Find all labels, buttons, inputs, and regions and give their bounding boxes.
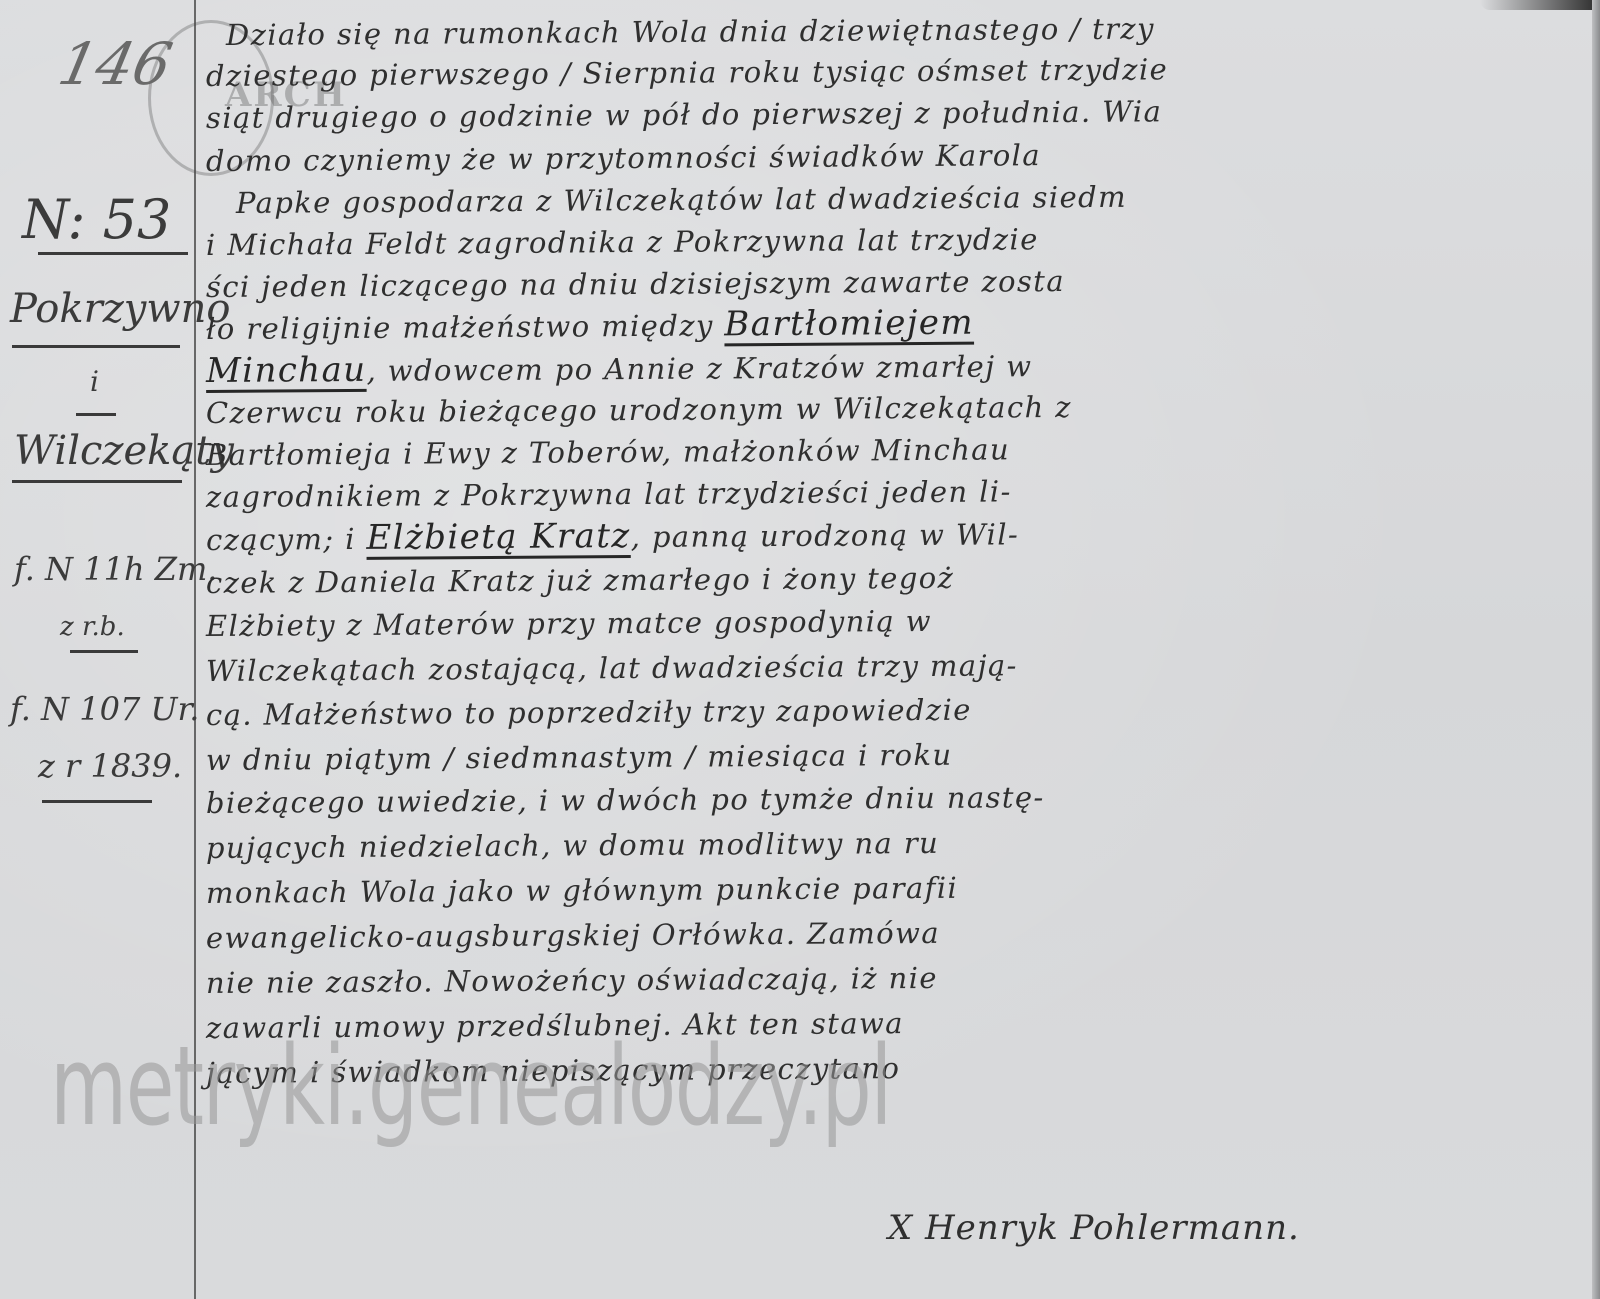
text-line: Działo się na rumonkach Wola dnia dziewi… — [226, 12, 1155, 58]
margin-underline — [38, 252, 188, 255]
margin-conjunction: i — [90, 365, 99, 398]
margin-underline — [12, 480, 182, 483]
margin-place-1: Pokrzywno — [10, 286, 231, 332]
text-line: dziestego pierwszego / Sierpnia roku tys… — [206, 52, 1168, 99]
margin-underline — [76, 413, 116, 416]
groom-first-name: Bartłomiejem — [724, 303, 974, 345]
text-fragment: czącym; i — [206, 522, 367, 557]
text-line: i Michała Feldt zagrodnika z Pokrzywna l… — [206, 222, 1039, 268]
page-edge-right — [1592, 0, 1600, 1299]
text-line: ło religijnie małżeństwo między Bartłomi… — [206, 303, 974, 348]
bride-name: Elżbietą Kratz — [366, 516, 630, 558]
margin-underline — [12, 345, 180, 348]
register-page: ARCH 146 N: 53 Pokrzywno i Wilczekąty f.… — [0, 0, 1600, 1299]
entry-number: N: 53 — [22, 188, 171, 251]
text-line: w dniu piątym / siedmnastym / miesiąca i… — [206, 738, 953, 783]
margin-place-2: Wilczekąty — [14, 428, 234, 474]
text-line: nie nie zaszło. Nowożeńcy oświadczają, i… — [206, 961, 938, 1006]
margin-reference-birth-year: z r 1839. — [38, 747, 182, 785]
text-line: Papke gospodarza z Wilczekątów lat dwadz… — [236, 180, 1127, 226]
text-fragment: , panną urodzoną w Wil- — [631, 517, 1020, 554]
text-line: pujących niedzielach, w domu modlitwy na… — [206, 826, 939, 871]
text-line: czek z Daniela Kratz już zmarłego i żony… — [206, 561, 955, 606]
margin-reference-death-year: z r.b. — [60, 612, 125, 642]
text-line: zagrodnikiem z Pokrzywna lat trzydzieści… — [206, 474, 1012, 520]
priest-signature: X Henryk Pohlermann. — [888, 1208, 1300, 1248]
text-line: Minchau, wdowcem po Annie z Kratzów zmar… — [206, 345, 1033, 391]
text-fragment: ło religijnie małżeństwo między — [206, 308, 725, 346]
text-line: bieżącego uwiedzie, i w dwóch po tymże d… — [206, 780, 1045, 826]
text-line: Czerwcu roku bieżącego urodzonym w Wilcz… — [206, 390, 1072, 436]
text-line: Bartłomieja i Ewy z Toberów, małżonków M… — [206, 432, 1010, 478]
text-line: cą. Małżeństwo to poprzedziły trzy zapow… — [206, 693, 972, 738]
text-line: Elżbiety z Materów przy matce gospodynią… — [206, 604, 932, 649]
page-edge-shadow — [1480, 0, 1600, 10]
groom-surname: Minchau — [206, 350, 367, 391]
margin-underline — [42, 800, 152, 803]
text-line: czącym; i Elżbietą Kratz, panną urodzoną… — [206, 513, 1019, 559]
margin-reference-death: f. N 11h Zm. — [14, 550, 217, 588]
text-line: monkach Wola jako w głównym punkcie para… — [206, 871, 958, 916]
text-line: domo czyniemy że w przytomności świadków… — [206, 138, 1041, 184]
text-line: Wilczekątach zostającą, lat dwadzieścia … — [206, 648, 1018, 694]
margin-reference-birth: f. N 107 Ur. — [10, 690, 199, 728]
text-fragment: , wdowcem po Annie z Kratzów zmarłej w — [366, 349, 1032, 388]
margin-underline — [70, 650, 138, 653]
text-line: siąt drugiego o godzinie w pół do pierws… — [206, 94, 1163, 141]
folio-number: 146 — [53, 30, 178, 98]
text-line: ewangelicko-augsburgskiej Orłówka. Zamów… — [206, 916, 940, 961]
watermark: metryki.genealodzy.pl — [50, 1022, 891, 1150]
